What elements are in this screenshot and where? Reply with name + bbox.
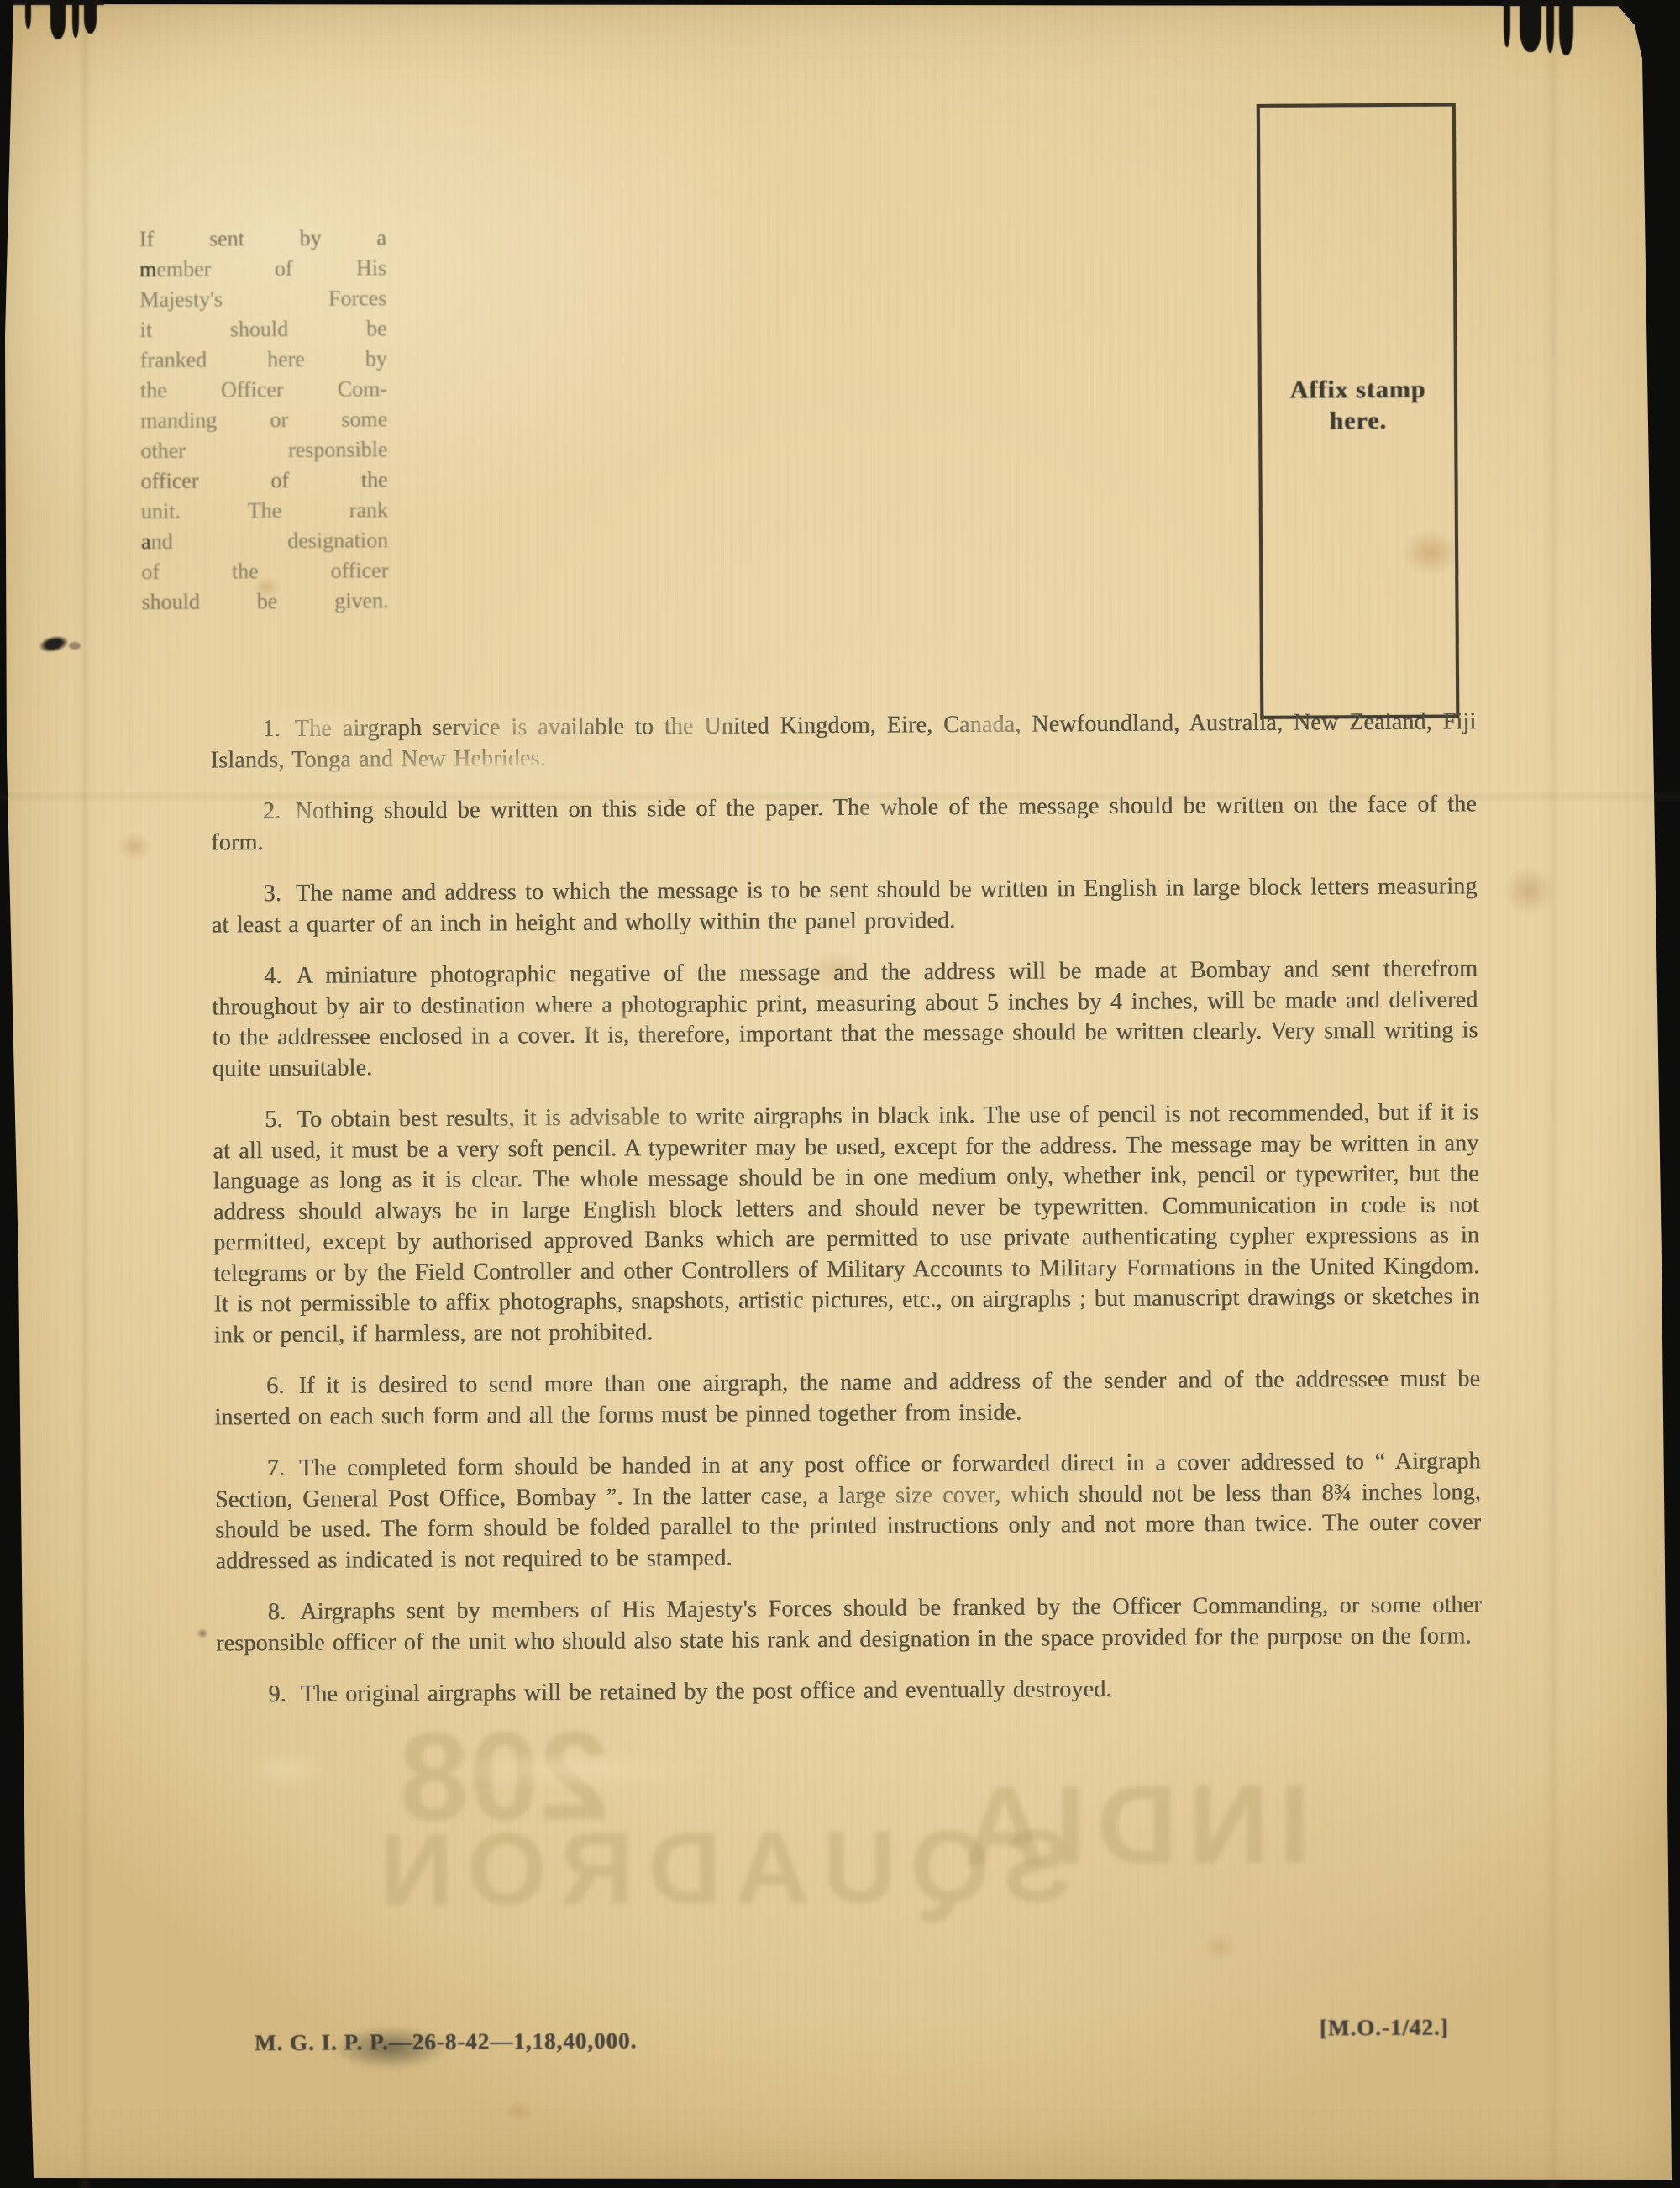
instruction-text: The airgraph service is available to the… xyxy=(210,708,1476,773)
ink-smudge xyxy=(332,2026,449,2070)
franking-note-line: manding or some xyxy=(140,404,387,436)
instruction-number: 6. xyxy=(266,1373,285,1399)
instructions-list: 1.The airgraph service is available to t… xyxy=(210,707,1482,1711)
affix-stamp-label: Affix stamp here. xyxy=(1262,374,1454,437)
franking-note-line: unit. The rank xyxy=(141,495,388,527)
instruction-number: 5. xyxy=(265,1107,283,1133)
affix-stamp-label-line2: here. xyxy=(1329,407,1387,434)
instruction-paragraph-6: 6.If it is desired to send more than one… xyxy=(214,1364,1480,1433)
instruction-number: 3. xyxy=(263,881,281,907)
instruction-number: 4. xyxy=(264,963,282,989)
instruction-paragraph-4: 4.A miniature photographic negative of t… xyxy=(212,954,1478,1084)
instruction-number: 9. xyxy=(268,1681,286,1707)
instruction-number: 7. xyxy=(267,1455,286,1481)
instruction-paragraph-3: 3.The name and address to which the mess… xyxy=(211,871,1477,940)
franking-note-line: If sent by a xyxy=(139,223,386,255)
page-content: If sent by a member of His Majesty's For… xyxy=(0,0,1680,2188)
instruction-text: The completed form should be handed in a… xyxy=(215,1448,1481,1574)
instruction-text: A miniature photographic negative of the… xyxy=(212,955,1478,1081)
instruction-paragraph-5: 5.To obtain best results, it is advisabl… xyxy=(213,1097,1480,1350)
instruction-paragraph-1: 1.The airgraph service is available to t… xyxy=(210,707,1476,776)
instruction-number: 1. xyxy=(262,716,281,742)
affix-stamp-box: Affix stamp here. xyxy=(1257,103,1459,719)
instruction-paragraph-9: 9.The original airgraphs will be retaine… xyxy=(216,1672,1482,1711)
instruction-text: Airgraphs sent by members of His Majesty… xyxy=(216,1591,1482,1656)
printer-imprint-right: [M.O.-1/42.] xyxy=(1320,2015,1449,2042)
bleedthrough-india-word: INDIA xyxy=(953,1760,1311,1891)
franking-note-line: officer of the xyxy=(140,465,387,497)
instruction-number: 2. xyxy=(263,798,281,824)
affix-stamp-label-line1: Affix stamp xyxy=(1289,376,1425,404)
franking-note-line: should be given. xyxy=(141,586,388,618)
franking-note-line: and designation xyxy=(141,525,388,557)
franking-note-line: other responsible xyxy=(140,434,387,466)
franking-note-line: of the officer xyxy=(141,555,388,587)
instruction-text: Nothing should be written on this side o… xyxy=(211,791,1477,855)
franking-note-line: franked here by xyxy=(140,344,387,376)
franking-note-line: Majesty's Forces xyxy=(139,283,386,315)
instruction-text: The name and address to which the messag… xyxy=(212,873,1478,938)
instruction-paragraph-2: 2.Nothing should be written on this side… xyxy=(211,789,1477,858)
instruction-number: 8. xyxy=(268,1599,286,1625)
instruction-paragraph-7: 7.The completed form should be handed in… xyxy=(215,1446,1482,1576)
instruction-text: If it is desired to send more than one a… xyxy=(214,1365,1480,1430)
franking-note: If sent by a member of His Majesty's For… xyxy=(139,223,389,618)
franking-note-line: it should be xyxy=(139,313,386,345)
instruction-paragraph-8: 8.Airgraphs sent by members of His Majes… xyxy=(216,1590,1482,1659)
franking-note-line: the Officer Com- xyxy=(140,374,387,406)
instruction-text: To obtain best results, it is advisable … xyxy=(213,1099,1479,1348)
instruction-text: The original airgraphs will be retained … xyxy=(301,1676,1112,1707)
franking-note-line: member of His xyxy=(139,253,386,285)
